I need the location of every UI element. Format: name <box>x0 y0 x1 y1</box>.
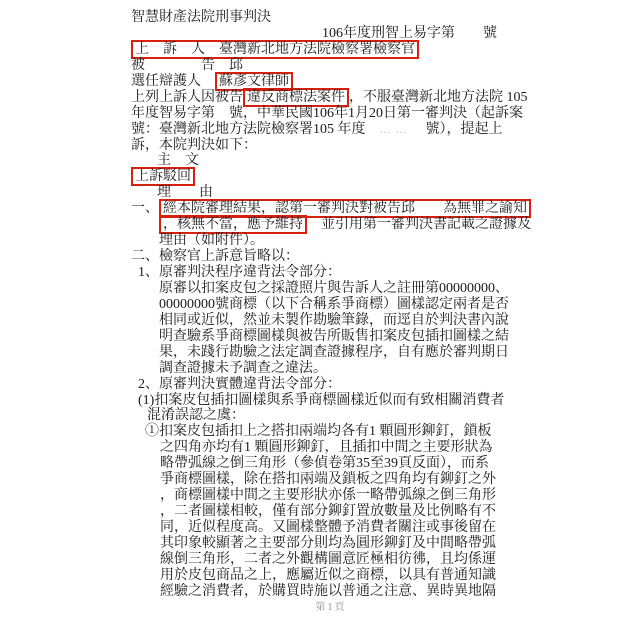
redacted-case-number: …… <box>380 124 412 136</box>
reason-item-1-line-2: ，核無不當，應予維持 並引用第一審判決書記載之證據及 <box>131 217 537 233</box>
judgment-text-line: 線倒三角形，二者之外觀構圖意匠極相彷彿，且均係運 <box>131 552 537 568</box>
counsel-label: 選任辯護人 <box>131 74 215 89</box>
reason-item-2-title: 二、檢察官上訴意旨略以： <box>131 249 537 265</box>
reason-item-1-line-3: 理由（如附件）。 <box>131 233 537 249</box>
point-1-line-1: (1)扣案皮包插扣圖樣與系爭商標圖樣近似而有致相關消費者 <box>131 393 537 409</box>
item-number: (1) <box>138 393 154 408</box>
ruling-annotation-box: 上訴駁回 <box>131 167 195 186</box>
sub-item-2-title: 2、原審判決實體違背法令部分： <box>131 377 537 393</box>
judgment-text-line: 果，未踐行勘驗之法定調查證據程序，自有應於審判期日 <box>131 345 537 361</box>
preamble-text: 上列上訴人因被告 <box>131 90 243 105</box>
ruling-line: 上訴駁回 <box>131 169 537 185</box>
judgment-text-line: 其印象較顯著之主要部分則均為圓形鉚釘及中間略帶弧 <box>131 536 537 552</box>
preamble-line-4: 訴，本院判決如下： <box>131 138 537 154</box>
judgment-text-line: 原審以扣案皮包之採證照片與告訴人之註冊第00000000、 <box>131 281 537 297</box>
preamble-line-1: 上列上訴人因被告違反商標法案件，不服臺灣新北地方法院 105 <box>131 90 537 106</box>
circle-item-1-line-1: ①扣案皮包插扣上之搭扣兩端均各有1 顆圓形鉚釘，鎖板 <box>131 424 537 440</box>
appellant-line: 上 訴 人 臺灣新北地方法院檢察署檢察官 <box>131 42 537 58</box>
judgment-text-line: ，商標圖樣中間之主要形狀亦係一略帶弧線之倒三角形 <box>131 488 537 504</box>
preamble-line-3: 號：臺灣新北地方法院檢察署105 年度 …… 號），提起上 <box>131 122 537 138</box>
judgment-text-line: 00000000號商標（以下合稱系爭商標）圖樣認定兩者是否 <box>131 297 537 313</box>
judgment-text-line: 同，近似程度高。又圖樣整體予消費者關注或事後留在 <box>131 520 537 536</box>
judgment-text: 扣案皮包插扣圖樣與系爭商標圖樣近似而有致相關消費者 <box>154 393 504 408</box>
preamble-text: 號：臺灣新北地方法院檢察署105 年度 <box>131 122 380 137</box>
item-number: 二、 <box>131 249 159 264</box>
judgment-text-line: 用於皮包商品之上，應屬近似之商標，以具有普通知識 <box>131 568 537 584</box>
judgment-text-line: 爭商標圖樣，除在搭扣兩端及鎖板之四角均有鉚釘之外 <box>131 472 537 488</box>
judgment-document: 智慧財產法院刑事判決 106年度刑智上易字第 號 上 訴 人 臺灣新北地方法院檢… <box>131 10 537 600</box>
item-number: 1、 <box>138 265 159 280</box>
charge-annotation-box: 違反商標法案件 <box>243 88 349 107</box>
judgment-text-line: 調查證據未予調查之違法。 <box>131 361 537 377</box>
judgment-text: 並引用第一審判決書記載之證據及 <box>307 217 531 232</box>
judgment-text: 原審判決實體違背法令部分： <box>159 377 341 392</box>
preamble-line-2: 年度智易字第 號，中華民國106年1月20日第一審判決（起訴案 <box>131 106 537 122</box>
appellant-annotation-box: 上 訴 人 臺灣新北地方法院檢察署檢察官 <box>131 40 419 59</box>
item-number: 2、 <box>138 377 159 392</box>
defendant-line: 被 告 邱 <box>131 58 537 74</box>
judgment-text-line: 混淆誤認之虞： <box>131 408 537 424</box>
judgment-text-line: ，二者圖樣相較，僅有部分鉚釘置放數量及比例略有不 <box>131 504 537 520</box>
judgment-text-line: 略帶弧線之倒三角形（參偵卷第35至39頁反面），而系 <box>131 456 537 472</box>
page-number: 第1頁 <box>131 598 531 613</box>
upheld-annotation-box: ，核無不當，應予維持 <box>159 215 307 234</box>
judgment-text: 扣案皮包插扣上之搭扣兩端均各有1 顆圓形鉚釘，鎖板 <box>159 424 492 439</box>
item-number: ① <box>145 424 159 439</box>
court-title: 智慧財產法院刑事判決 <box>131 10 537 26</box>
judgment-text-line: 明查驗系爭商標圖樣與被告所販售扣案皮包插扣圖樣之結 <box>131 329 537 345</box>
preamble-text: ，不服臺灣新北地方法院 105 <box>349 90 528 105</box>
preamble-text: 號），提起上 <box>412 122 503 137</box>
sub-item-1-title: 1、原審判決程序違背法令部分： <box>131 265 537 281</box>
judgment-text-line: 相同或近似，然並未製作勘驗筆錄，而逕自於判決書內說 <box>131 313 537 329</box>
item-number: 一、 <box>131 201 159 216</box>
judgment-text-line: 之四角亦均有1 顆圓形鉚釘，且插扣中間之主要形狀為 <box>131 440 537 456</box>
judgment-text: 原審判決程序違背法令部分： <box>159 265 341 280</box>
judgment-text: 檢察官上訴意旨略以： <box>159 249 299 264</box>
